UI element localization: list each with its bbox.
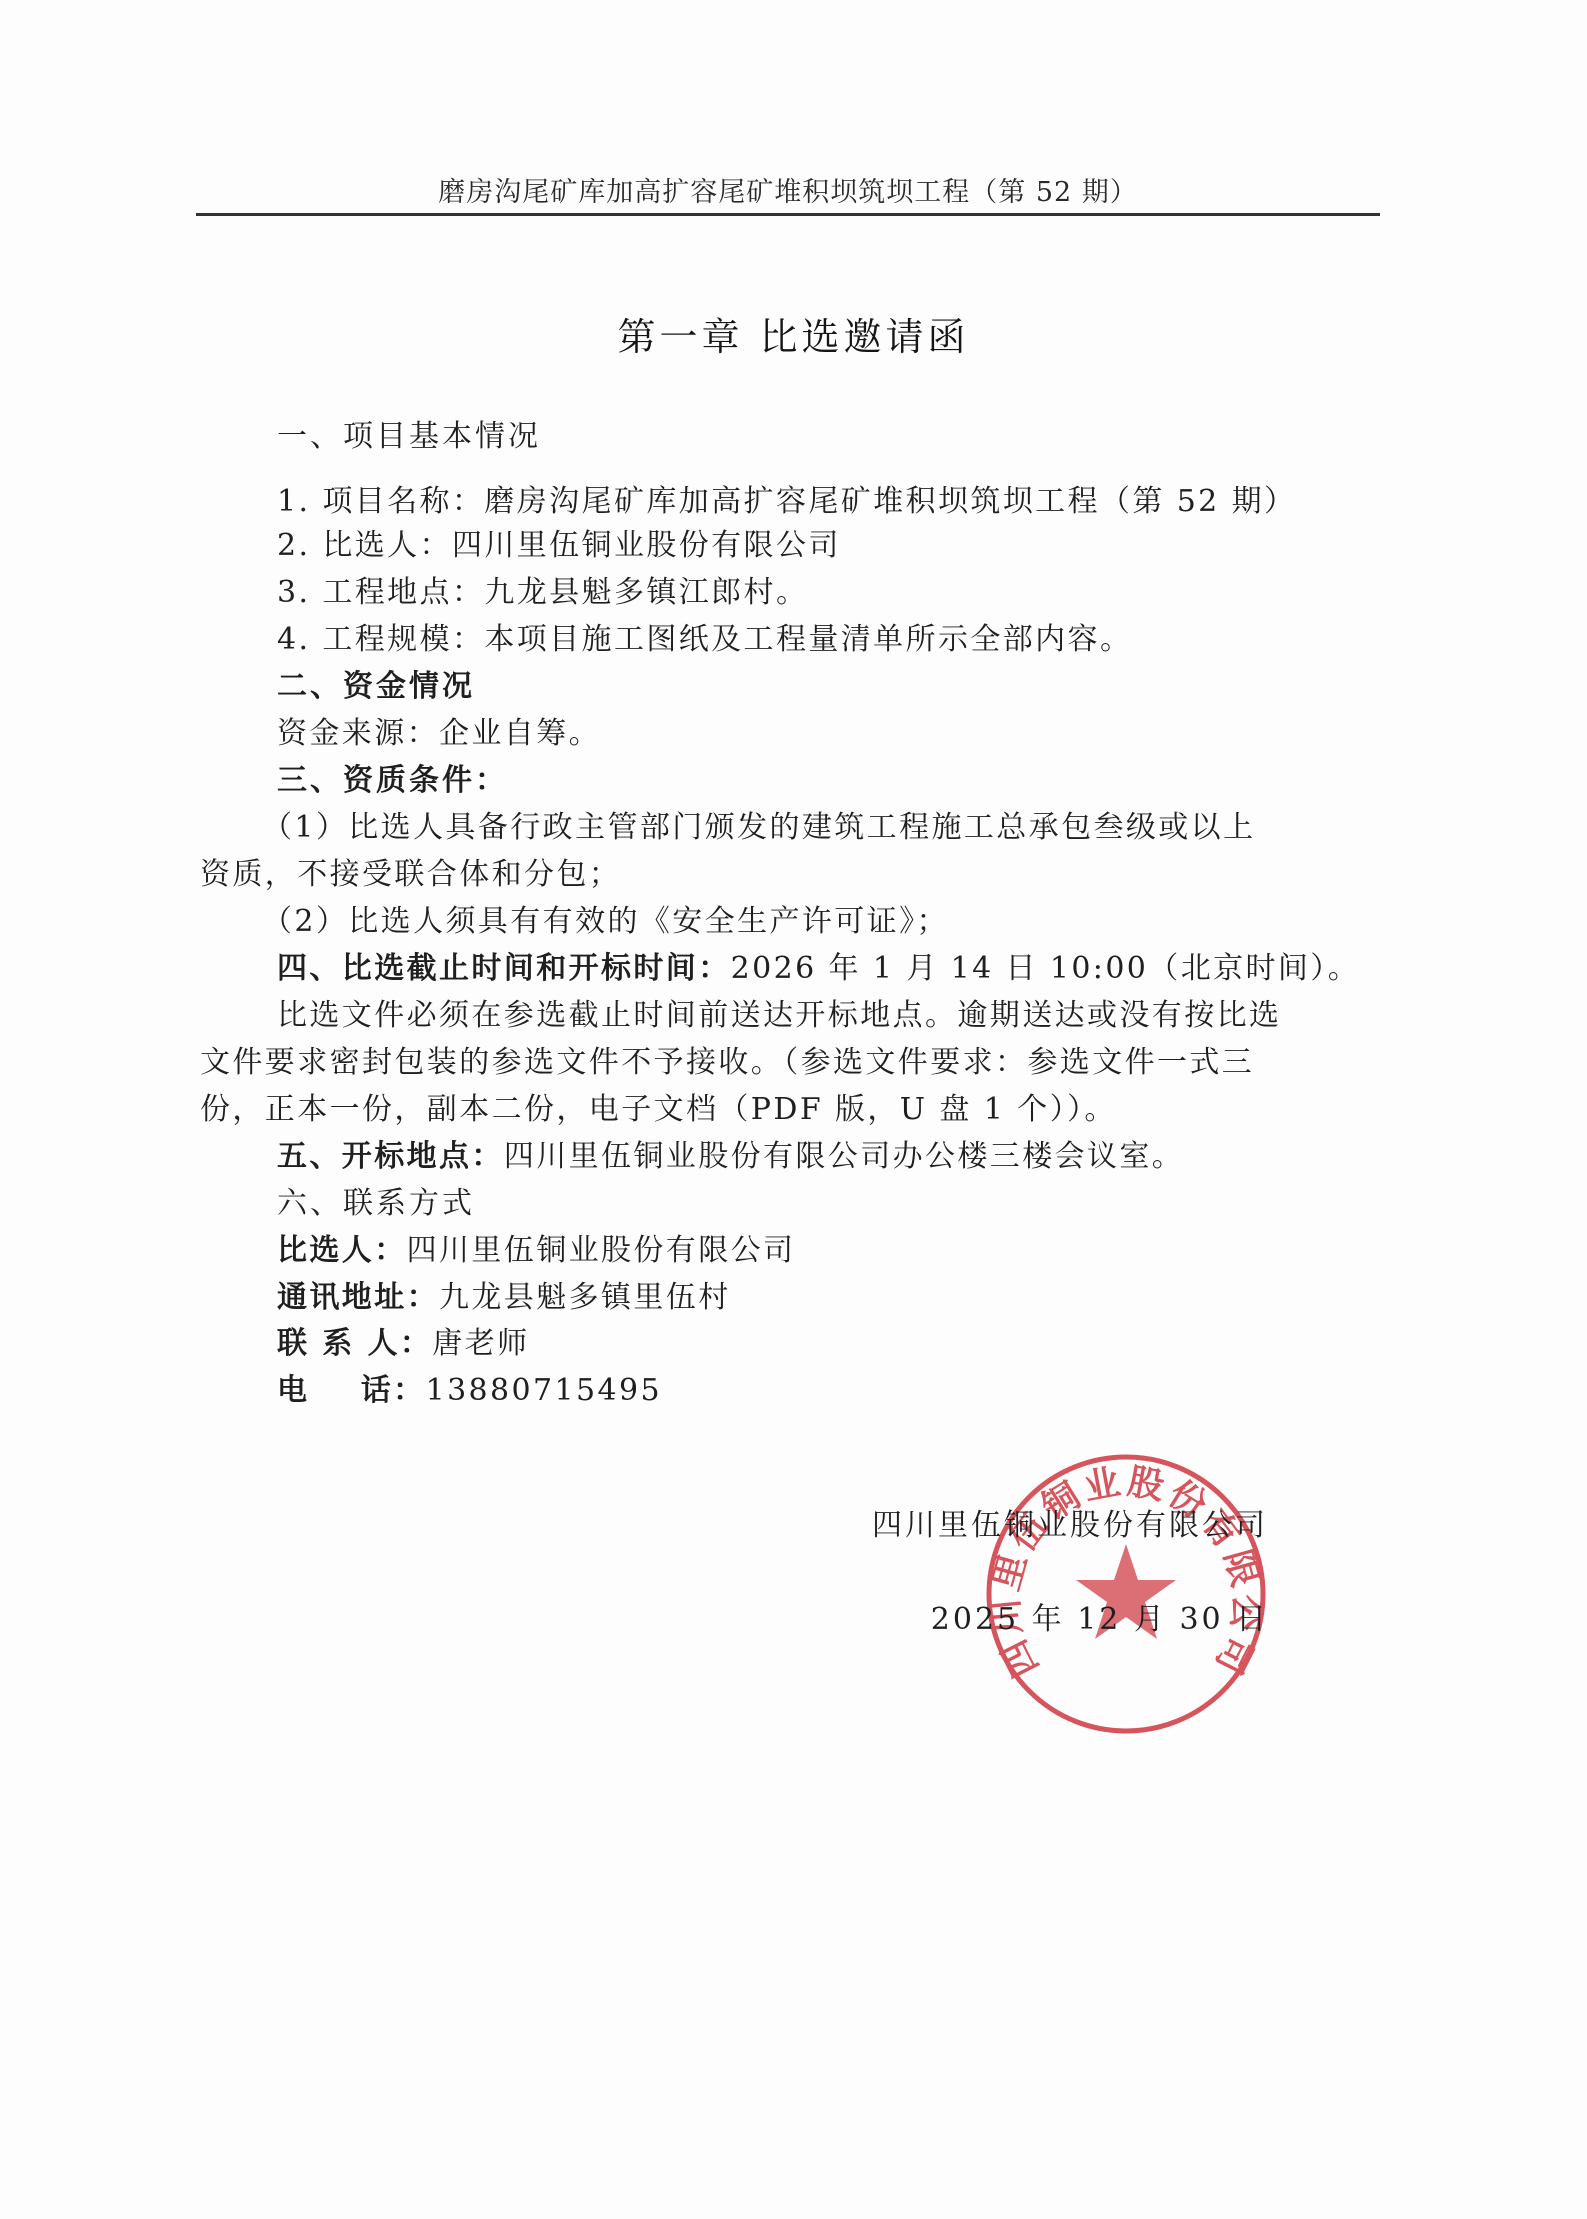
project-location-item: 3. 工程地点：九龙县魁多镇江郎村。 <box>277 569 1467 616</box>
contact-person: 联 系 人：唐老师 <box>277 1320 1467 1367</box>
qualification-item-2: （2）比选人须具有有效的《安全生产许可证》； <box>262 898 1452 945</box>
section-heading-deadline: 四、比选截止时间和开标时间： <box>277 951 731 986</box>
project-scale-item: 4. 工程规模：本项目施工图纸及工程量清单所示全部内容。 <box>277 616 1467 663</box>
section-heading-project-info: 一、项目基本情况 <box>277 413 1467 460</box>
qualification-item-1-continued: 资质，不接受联合体和分包； <box>200 851 1390 898</box>
contact-label: 比选人： <box>277 1233 407 1268</box>
section-heading-funding: 二、资金情况 <box>277 663 1467 710</box>
contact-selector: 比选人：四川里伍铜业股份有限公司 <box>277 1227 1467 1274</box>
selector-item: 2. 比选人：四川里伍铜业股份有限公司 <box>277 522 1467 569</box>
document-page: 磨房沟尾矿库加高扩容尾矿堆积坝筑坝工程（第 52 期） 第一章 比选邀请函 一、… <box>0 0 1587 2219</box>
signature-date: 2025 年 12 月 30 日 <box>900 1595 1300 1645</box>
submission-rules-line-2: 文件要求密封包装的参选文件不予接收。（参选文件要求：参选文件一式三 <box>200 1039 1390 1086</box>
signature-company: 四川里伍铜业股份有限公司 <box>860 1501 1280 1551</box>
submission-rules-line-3: 份，正本一份，副本二份，电子文档（PDF 版，U 盘 1 个））。 <box>200 1086 1390 1133</box>
section-heading-opening-location: 五、开标地点： <box>277 1139 504 1174</box>
contact-label: 通讯地址： <box>277 1280 439 1315</box>
opening-location-value: 四川里伍铜业股份有限公司办公楼三楼会议室。 <box>504 1139 1184 1174</box>
submission-rules-line-1: 比选文件必须在参选截止时间前送达开标地点。逾期送达或没有按比选 <box>277 992 1467 1039</box>
contact-phone: 电 话：13880715495 <box>277 1367 1467 1414</box>
chapter-title: 第一章 比选邀请函 <box>0 312 1587 362</box>
contact-value: 唐老师 <box>432 1326 529 1361</box>
contact-address: 通讯地址：九龙县魁多镇里伍村 <box>277 1274 1467 1321</box>
running-header: 磨房沟尾矿库加高扩容尾矿堆积坝筑坝工程（第 52 期） <box>196 174 1380 212</box>
section-heading-qualifications: 三、资质条件： <box>277 757 1467 804</box>
opening-location-line: 五、开标地点：四川里伍铜业股份有限公司办公楼三楼会议室。 <box>277 1133 1467 1180</box>
header-divider <box>196 213 1380 216</box>
deadline-line: 四、比选截止时间和开标时间：2026 年 1 月 14 日 10:00（北京时间… <box>277 945 1467 992</box>
seal-graphic: 四川里伍铜业股份有限公司 <box>984 1452 1268 1736</box>
contact-label: 电 话： <box>277 1373 426 1408</box>
contact-label: 联 系 人： <box>277 1326 432 1361</box>
section-heading-contact: 六、联系方式 <box>277 1180 1467 1227</box>
contact-value: 四川里伍铜业股份有限公司 <box>407 1233 796 1268</box>
contact-value: 九龙县魁多镇里伍村 <box>439 1280 731 1315</box>
project-name-item: 1. 项目名称：磨房沟尾矿库加高扩容尾矿堆积坝筑坝工程（第 52 期） <box>277 478 1467 525</box>
contact-value: 13880715495 <box>426 1373 662 1408</box>
company-seal: 四川里伍铜业股份有限公司 <box>984 1452 1268 1736</box>
deadline-value: 2026 年 1 月 14 日 10:00（北京时间）。 <box>731 951 1360 986</box>
qualification-item-1: （1）比选人具备行政主管部门颁发的建筑工程施工总承包叁级或以上 <box>262 804 1452 851</box>
funding-source: 资金来源：企业自筹。 <box>277 710 1467 757</box>
